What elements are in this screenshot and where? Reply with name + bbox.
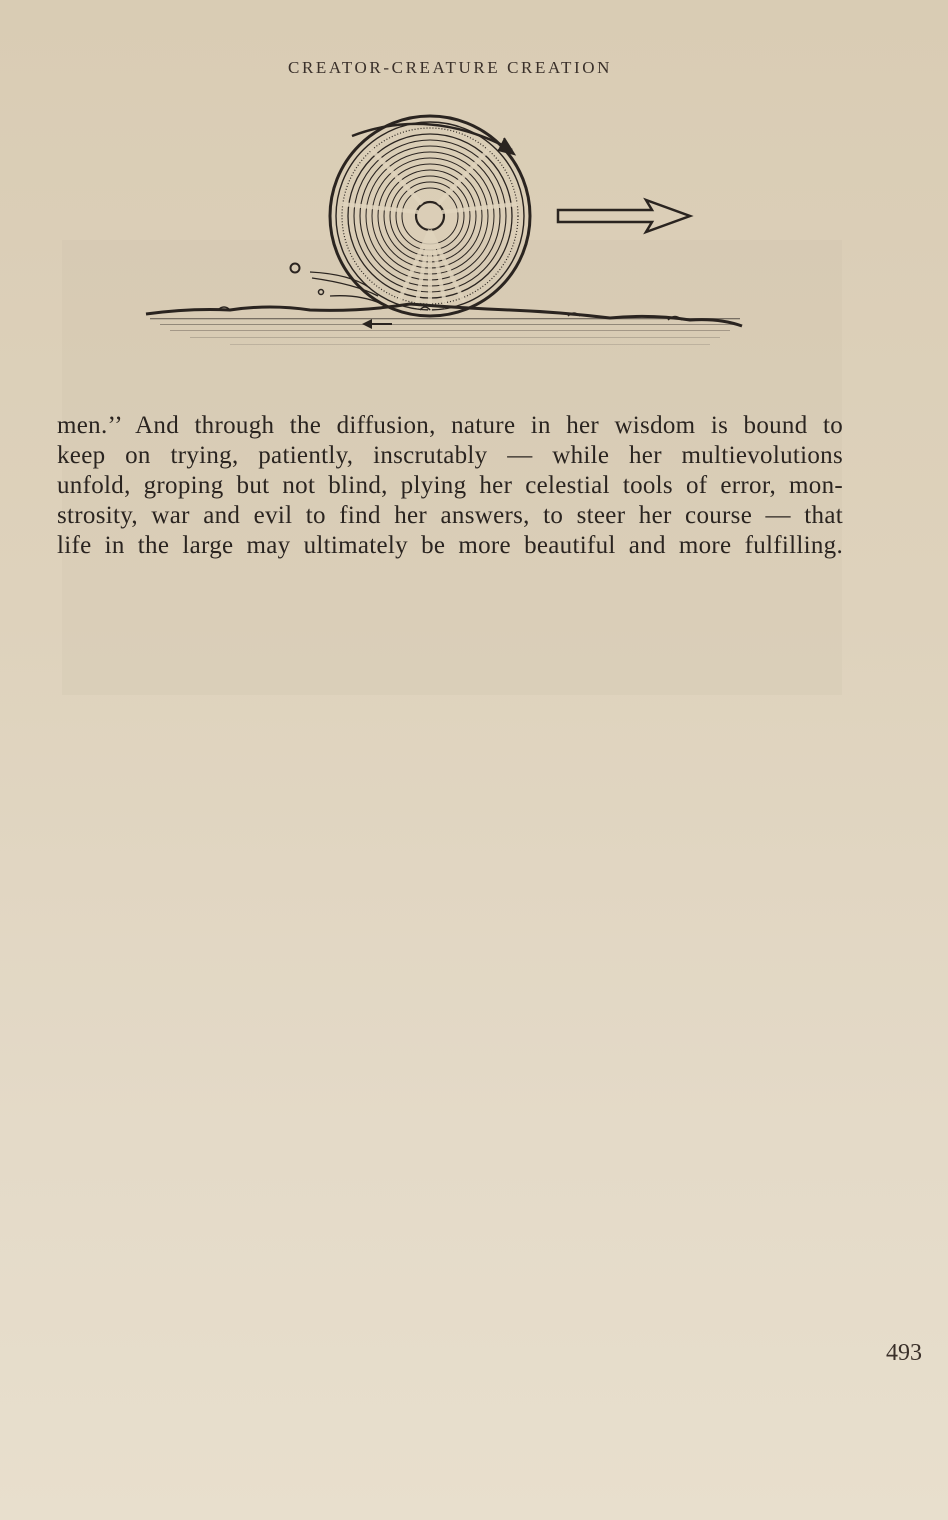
- rolling-wheel-illustration: [130, 108, 760, 363]
- body-paragraph: men.’’ And through the diffusion, nature…: [57, 411, 843, 561]
- body-line: keep on trying, patiently, inscrutably —…: [57, 441, 843, 471]
- page-number: 493: [886, 1340, 922, 1367]
- body-line: life in the large may ultimately be more…: [57, 531, 843, 561]
- wheel-icon: [130, 108, 760, 363]
- running-head: CREATOR-CREATURE CREATION: [0, 58, 900, 78]
- body-line: strosity, war and evil to find her answe…: [57, 501, 843, 531]
- body-line: unfold, groping but not blind, plying he…: [57, 471, 843, 501]
- body-line: men.’’ And through the diffusion, nature…: [57, 411, 843, 441]
